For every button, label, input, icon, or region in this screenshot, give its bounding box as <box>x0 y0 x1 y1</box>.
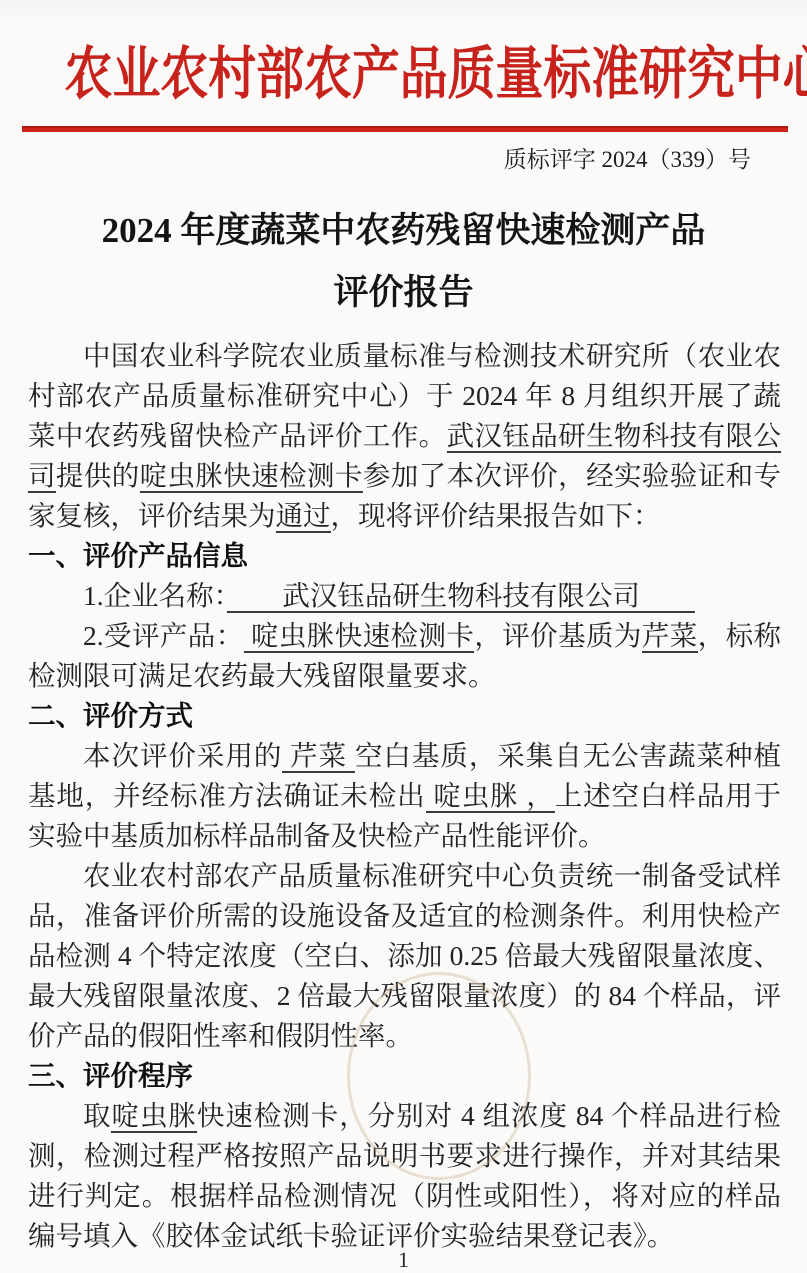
document-page: 农业农村部农产品质量标准研究中心 质标评字 2024（339）号 2024 年度… <box>0 0 807 1273</box>
paragraph: 取啶虫脒快速检测卡，分别对 4 组浓度 84 个样品进行检测，检测过程严格按照产… <box>28 1096 781 1256</box>
page-number: 1 <box>0 1247 807 1273</box>
report-title-line1: 2024 年度蔬菜中农药残留快速检测产品 <box>0 200 807 262</box>
underlined-text: 啶虫脒快速检测卡 <box>244 620 475 653</box>
underlined-text: 芹菜 <box>282 740 355 773</box>
paragraph: 本次评价采用的 芹菜 空白基质，采集自无公害蔬菜种植基地，并经标准方法确证未检出… <box>28 736 781 856</box>
paragraph: 1.企业名称： 武汉钰品研生物科技有限公司 <box>28 576 781 616</box>
text-run: 取 <box>83 1100 111 1131</box>
text-run: 提供的 <box>56 460 140 491</box>
section-heading: 二、评价方式 <box>28 696 781 736</box>
text-run: 二、评价方式 <box>28 700 193 731</box>
report-title: 2024 年度蔬菜中农药残留快速检测产品 评价报告 <box>0 200 807 324</box>
text-run: ，现将评价结果报告如下： <box>331 500 661 531</box>
text-run: 本次评价采用的 <box>83 740 282 771</box>
paragraph: 中国农业科学院农业质量标准与检测技术研究所（农业农村部农产品质量标准研究中心）于… <box>28 336 781 536</box>
report-title-line2: 评价报告 <box>0 262 807 324</box>
red-divider-line <box>22 126 788 132</box>
document-number: 质标评字 2024（339）号 <box>0 141 807 174</box>
underlined-text: 通过 <box>276 500 331 533</box>
underlined-text: 芹菜 <box>642 620 698 653</box>
text-run: 一、评价产品信息 <box>28 540 248 571</box>
underlined-text: 啶虫脒 ， <box>426 780 555 813</box>
text-run: ，评价基质为 <box>474 620 642 651</box>
section-heading: 三、评价程序 <box>28 1056 781 1096</box>
underlined-text: 武汉钰品研生物科技有限公司 <box>227 580 695 613</box>
underlined-text: 啶虫脒 <box>111 1100 196 1133</box>
paragraph: 农业农村部农产品质量标准研究中心负责统一制备受试样品，准备评价所需的设施设备及适… <box>28 856 781 1056</box>
paragraph: 2.受评产品： 啶虫脒快速检测卡，评价基质为芹菜，标称检测限可满足农药最大残留限… <box>28 616 781 696</box>
underlined-text: 啶虫脒快速检测卡 <box>140 460 363 493</box>
document-body: 中国农业科学院农业质量标准与检测技术研究所（农业农村部农产品质量标准研究中心）于… <box>28 336 781 1256</box>
text-run: 1.企业名称： <box>83 580 227 611</box>
org-name-masthead: 农业农村部农产品质量标准研究中心 <box>65 28 743 110</box>
letterhead: 农业农村部农产品质量标准研究中心 <box>0 28 807 110</box>
text-run: 2.受评产品： <box>83 620 244 651</box>
text-run: 农业农村部农产品质量标准研究中心负责统一制备受试样品，准备评价所需的设施设备及适… <box>28 860 781 1051</box>
text-run: 三、评价程序 <box>28 1060 193 1091</box>
section-heading: 一、评价产品信息 <box>28 536 781 576</box>
